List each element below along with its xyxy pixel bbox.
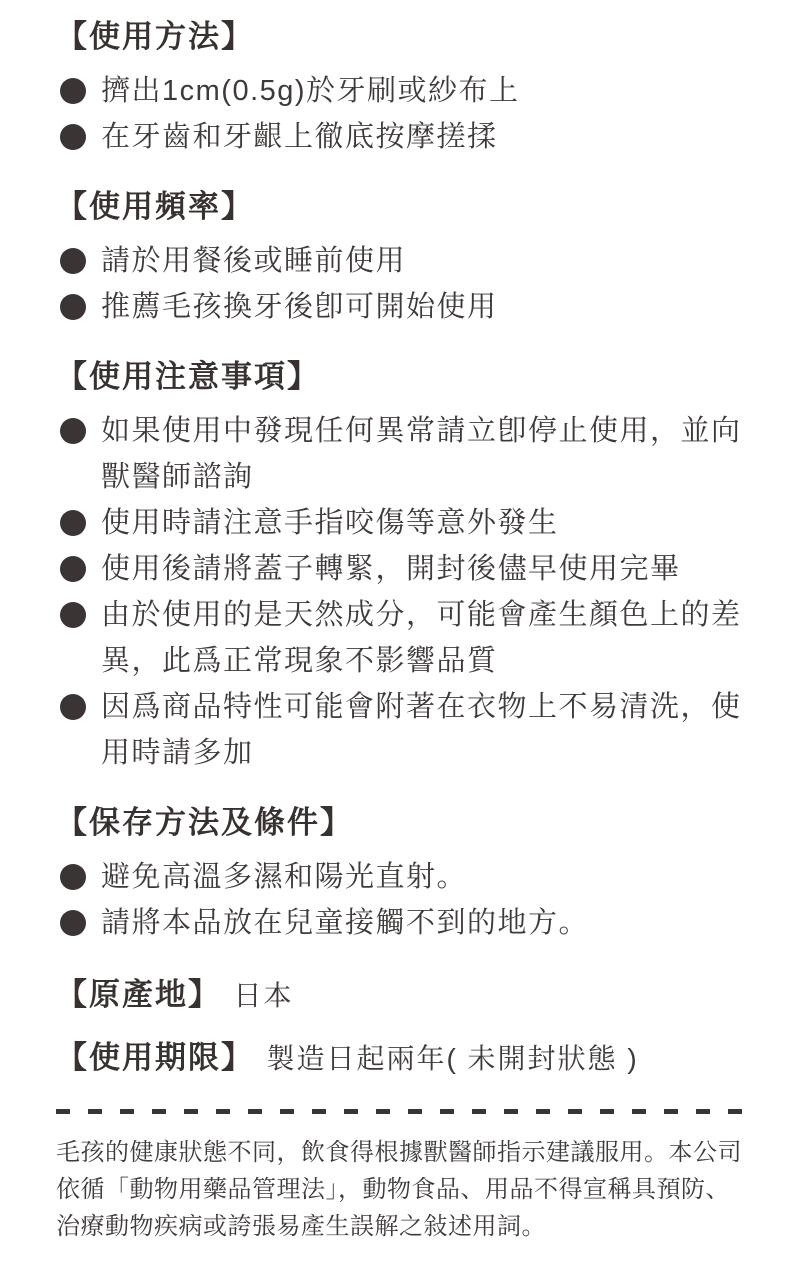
bullet-icon — [60, 418, 86, 444]
bullet-icon — [60, 78, 86, 104]
section: 【使用頻率】 請於用餐後或睡前使用 推薦毛孩換牙後卽可開始使用 — [56, 186, 748, 330]
info-line-label: 【使用期限】 — [56, 1040, 254, 1075]
list-item-text: 使用時請注意手指咬傷等意外發生 — [101, 500, 748, 546]
list-item: 請將本品放在兒童接觸不到的地方。 — [56, 900, 748, 946]
section: 【使用方法】 擠出1cm(0.5g)於牙刷或紗布上 在牙齒和牙齦上徹底按摩搓揉 — [56, 16, 748, 160]
section-title: 【使用注意事項】 — [56, 356, 748, 398]
list-item: 推薦毛孩換牙後卽可開始使用 — [56, 284, 748, 330]
bullet-icon — [60, 510, 86, 536]
section-item-list: 如果使用中發現任何異常請立卽停止使用，並向獸醫師諮詢 使用時請注意手指咬傷等意外… — [56, 408, 748, 776]
section-title: 【使用方法】 — [56, 16, 748, 58]
bullet-icon — [60, 694, 86, 720]
bullet-icon — [60, 602, 86, 628]
section-item-list: 避免高溫多濕和陽光直射。 請將本品放在兒童接觸不到的地方。 — [56, 854, 748, 946]
list-item: 如果使用中發現任何異常請立卽停止使用，並向獸醫師諮詢 — [56, 408, 748, 500]
info-lines-container: 【原產地】 日本 【使用期限】 製造日起兩年( 未開封狀態 ) — [56, 972, 748, 1087]
list-item-text: 推薦毛孩換牙後卽可開始使用 — [101, 284, 748, 330]
list-item-text: 由於使用的是天然成分，可能會產生顏色上的差異，此爲正常現象不影響品質 — [101, 592, 748, 684]
info-line-value: 日本 — [233, 980, 293, 1011]
list-item-text: 使用後請將蓋子轉緊，開封後儘早使用完畢 — [101, 546, 748, 592]
list-item-text: 擠出1cm(0.5g)於牙刷或紗布上 — [101, 68, 748, 114]
bullet-icon — [60, 248, 86, 274]
bullet-icon — [60, 294, 86, 320]
info-line: 【原產地】 日本 — [56, 972, 748, 1024]
list-item-text: 在牙齒和牙齦上徹底按摩搓揉 — [101, 114, 748, 160]
section-item-list: 請於用餐後或睡前使用 推薦毛孩換牙後卽可開始使用 — [56, 238, 748, 330]
bullet-icon — [60, 124, 86, 150]
list-item: 請於用餐後或睡前使用 — [56, 238, 748, 284]
product-description-page: 【使用方法】 擠出1cm(0.5g)於牙刷或紗布上 在牙齒和牙齦上徹底按摩搓揉 … — [0, 0, 800, 1275]
list-item-text: 因爲商品特性可能會附著在衣物上不易清洗，使用時請多加 — [101, 684, 748, 776]
section: 【使用注意事項】 如果使用中發現任何異常請立卽停止使用，並向獸醫師諮詢 使用時請… — [56, 356, 748, 776]
list-item: 擠出1cm(0.5g)於牙刷或紗布上 — [56, 68, 748, 114]
list-item-text: 避免高溫多濕和陽光直射。 — [101, 854, 748, 900]
info-line-label: 【原產地】 — [56, 977, 221, 1012]
list-item: 因爲商品特性可能會附著在衣物上不易清洗，使用時請多加 — [56, 684, 748, 776]
list-item-text: 請將本品放在兒童接觸不到的地方。 — [101, 900, 748, 946]
dashed-divider — [56, 1109, 748, 1114]
disclaimer-text: 毛孩的健康狀態不同，飲食得根據獸醫師指示建議服用。本公司依循「動物用藥品管理法」… — [56, 1134, 748, 1245]
info-line-value: 製造日起兩年( 未開封狀態 ) — [266, 1043, 638, 1074]
section: 【保存方法及條件】 避免高溫多濕和陽光直射。 請將本品放在兒童接觸不到的地方。 — [56, 802, 748, 946]
bullet-icon — [60, 910, 86, 936]
list-item: 由於使用的是天然成分，可能會產生顏色上的差異，此爲正常現象不影響品質 — [56, 592, 748, 684]
section-item-list: 擠出1cm(0.5g)於牙刷或紗布上 在牙齒和牙齦上徹底按摩搓揉 — [56, 68, 748, 160]
section-title: 【保存方法及條件】 — [56, 802, 748, 844]
list-item: 在牙齒和牙齦上徹底按摩搓揉 — [56, 114, 748, 160]
list-item-text: 請於用餐後或睡前使用 — [101, 238, 748, 284]
bullet-icon — [60, 556, 86, 582]
info-line: 【使用期限】 製造日起兩年( 未開封狀態 ) — [56, 1035, 748, 1087]
bullet-icon — [60, 864, 86, 890]
list-item: 避免高溫多濕和陽光直射。 — [56, 854, 748, 900]
list-item: 使用後請將蓋子轉緊，開封後儘早使用完畢 — [56, 546, 748, 592]
section-title: 【使用頻率】 — [56, 186, 748, 228]
list-item: 使用時請注意手指咬傷等意外發生 — [56, 500, 748, 546]
sections-container: 【使用方法】 擠出1cm(0.5g)於牙刷或紗布上 在牙齒和牙齦上徹底按摩搓揉 … — [56, 16, 748, 946]
list-item-text: 如果使用中發現任何異常請立卽停止使用，並向獸醫師諮詢 — [101, 408, 748, 500]
